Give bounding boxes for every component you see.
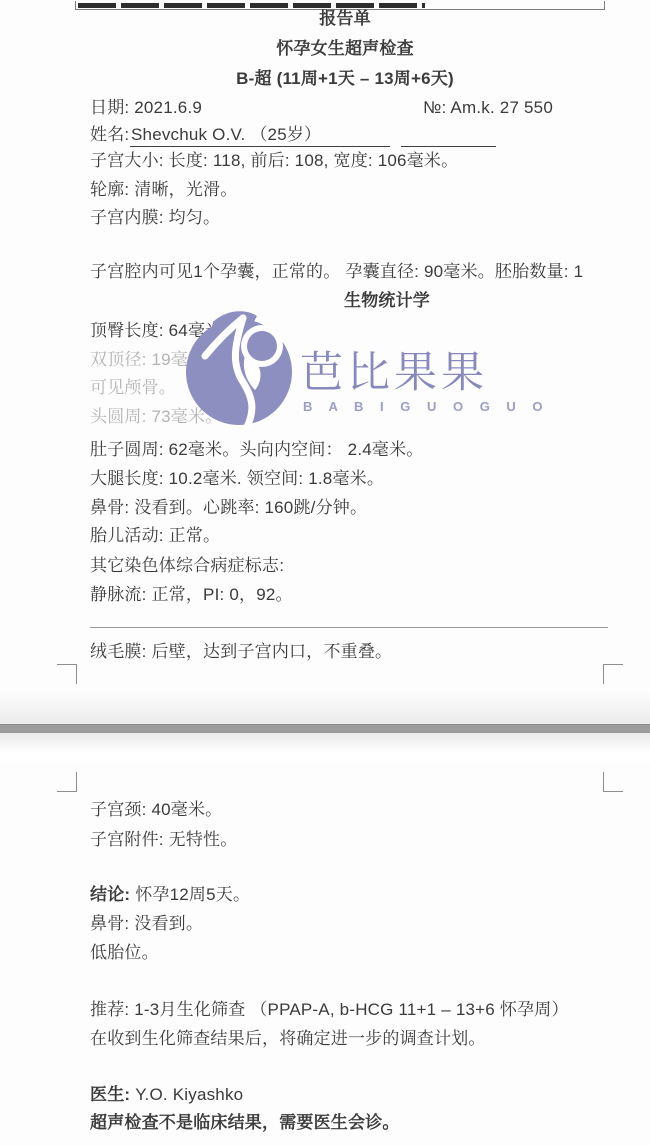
femur-line: 大腿长度: 10.2毫米. 领空间: 1.8毫米。 <box>90 468 384 490</box>
page-gap-shadow-top <box>0 688 650 724</box>
abdomen-line: 肚子圆周: 62毫米。头向内空间： 2.4毫米。 <box>90 439 424 461</box>
low-position-line: 低胎位。 <box>90 942 159 964</box>
conclusion-line: 结论: 怀孕12周5天。 <box>90 884 250 906</box>
fetal-activity-line: 胎儿活动: 正常。 <box>90 525 220 547</box>
cervix-line: 子宫颈: 40毫米。 <box>90 799 222 821</box>
nasal-bone-line-2: 鼻骨: 没看到。 <box>90 913 203 935</box>
doctor-line: 医生: Y.O. Kiyashko <box>90 1084 243 1106</box>
name-underline-1 <box>130 146 390 147</box>
exam-date: 日期: 2021.6.9 <box>90 97 202 119</box>
conclusion-label: 结论: <box>90 885 130 904</box>
biometrics-title: 生物统计学 <box>0 290 650 312</box>
crop-mark-page2-right <box>603 772 623 792</box>
babiguoguo-logo-icon <box>183 308 295 428</box>
doctor-value: Y.O. Kiyashko <box>130 1085 243 1104</box>
uterus-size-line: 子宫大小: 长度: 118, 前后: 108, 宽度: 106毫米。 <box>90 150 458 172</box>
section-divider-line <box>90 627 608 628</box>
report-number: №: Am.k. 27 550 <box>423 97 553 119</box>
skull-line: 可见颅骨。 <box>90 377 176 399</box>
disclaimer-line: 超声检查不是临床结果，需要医生会诊。 <box>90 1112 400 1134</box>
watermark-latin-text: B A B I G U O G U O <box>303 399 549 414</box>
exam-range-line: B-超 (11周+1天 – 13周+6天) <box>0 68 650 90</box>
endometrium-line: 子宫内膜: 均匀。 <box>90 207 220 229</box>
nasal-bone-line: 鼻骨: 没看到。心跳率: 160跳/分钟。 <box>90 497 367 519</box>
recommendation-line: 推荐: 1-3月生化筛查 （PPAP-A, b-HCG 11+1 – 13+6 … <box>90 999 569 1021</box>
doctor-label: 医生: <box>90 1085 130 1104</box>
crop-mark-page1-right <box>603 664 623 684</box>
chorion-line: 绒毛膜: 后壁，达到子宫内口，不重叠。 <box>90 641 392 663</box>
name-underline-2 <box>401 146 496 147</box>
conclusion-value: 怀孕12周5天。 <box>130 885 250 904</box>
chromosome-markers-line: 其它染色体综合病症标志: <box>90 555 284 577</box>
crop-mark-page1-left <box>57 664 77 684</box>
crop-mark-page2-left <box>57 772 77 792</box>
contour-line: 轮廓: 清晰，光滑。 <box>90 179 237 201</box>
adnexa-line: 子宫附件: 无特性。 <box>90 829 237 851</box>
plan-line: 在收到生化筛查结果后，将确定进一步的调查计划。 <box>90 1028 486 1050</box>
patient-name-value: Shevchuk O.V. （25岁） <box>131 124 321 146</box>
watermark-chinese-text: 芭比果果 <box>300 350 488 396</box>
ultrasound-report-document: 报告单 怀孕女生超声检查 B-超 (11周+1天 – 13周+6天) 日期: 2… <box>0 0 650 1145</box>
venous-flow-line: 静脉流: 正常，PI: 0，92。 <box>90 584 293 606</box>
page-gap-shadow-bottom <box>0 733 650 761</box>
report-title: 报告单 <box>0 8 650 30</box>
gestational-sac-line: 子宫腔内可见1个孕囊，正常的。 孕囊直径: 90毫米。胚胎数量: 1 <box>90 261 583 283</box>
patient-name-label: 姓名: <box>90 124 129 146</box>
exam-subtitle: 怀孕女生超声检查 <box>0 38 650 60</box>
page-divider-bar <box>0 724 650 733</box>
